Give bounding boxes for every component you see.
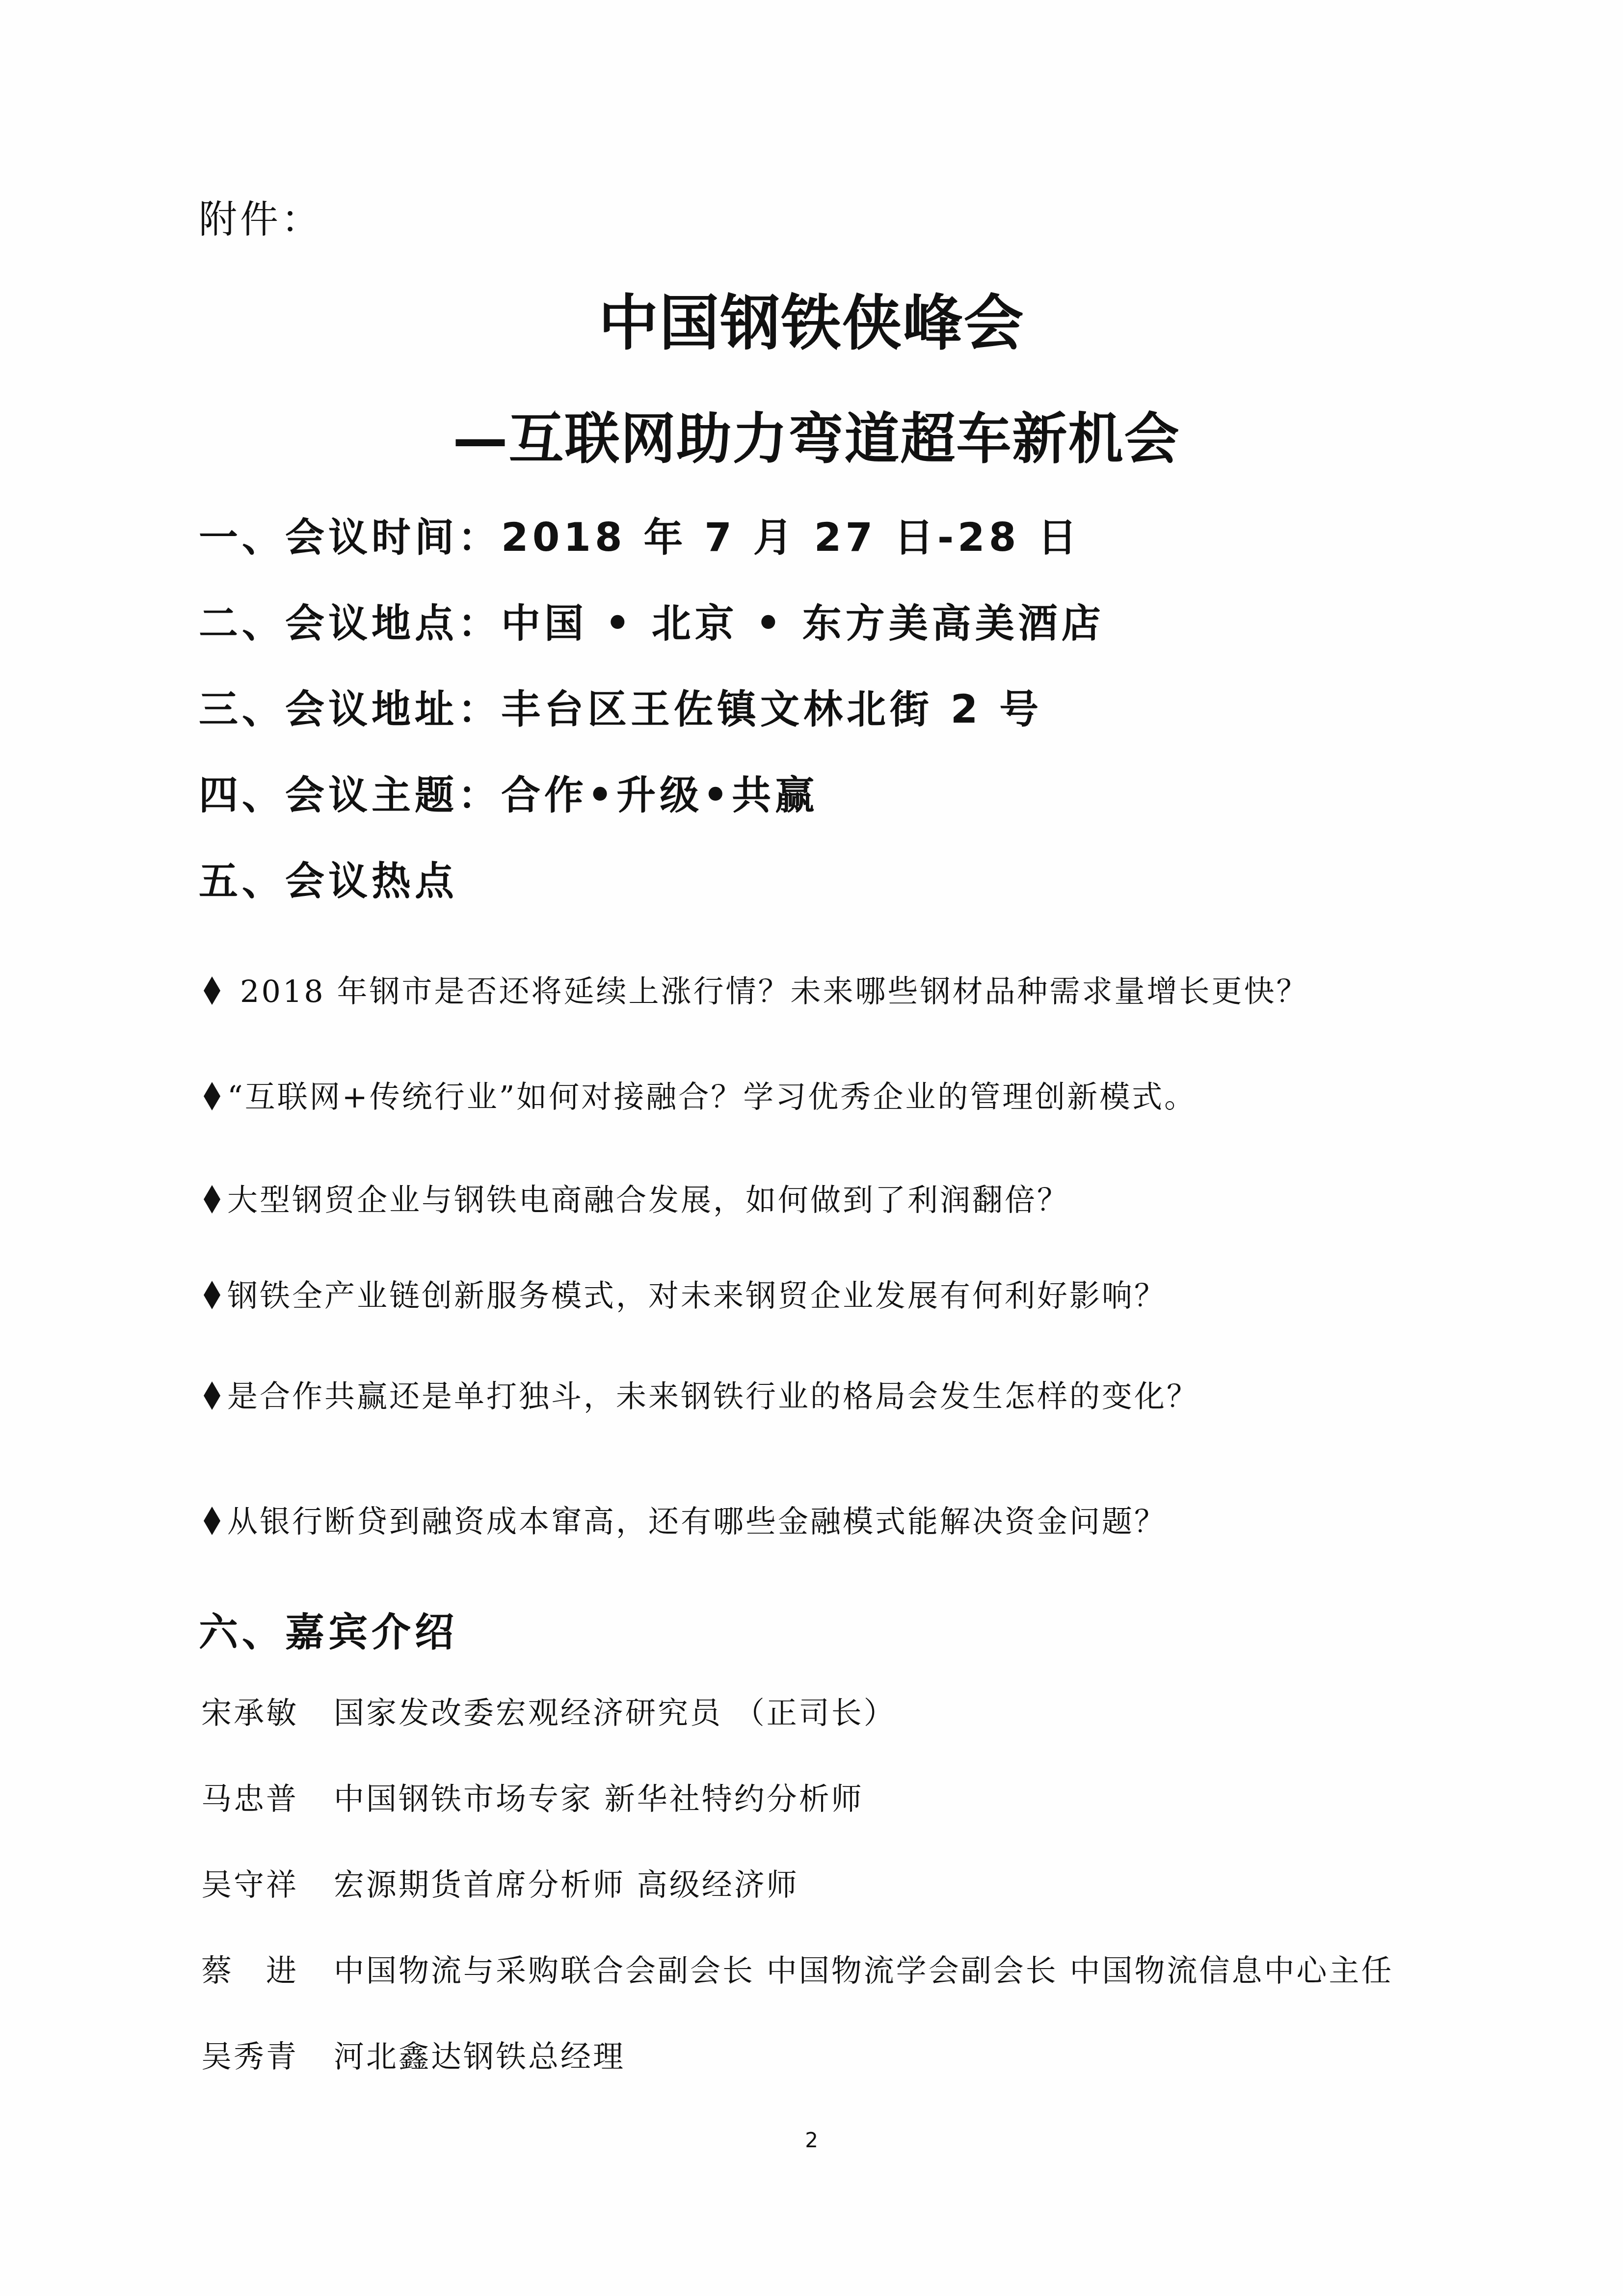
- hotspot-item: “互联网+传统行业”如何对接融合？学习优秀企业的管理创新模式。: [204, 1073, 1197, 1116]
- guest-item: 吴守祥宏源期货首席分析师 高级经济师: [201, 1861, 799, 1904]
- section-value: 丰台区王佐镇文林北街 2 号: [501, 686, 1042, 732]
- page-number: 2: [0, 2128, 1623, 2152]
- diamond-bullet-icon: [204, 1082, 220, 1110]
- hotspot-item: 钢铁全产业链创新服务模式，对未来钢贸企业发展有何利好影响？: [204, 1271, 1167, 1315]
- section-label: 五、会议热点: [199, 858, 458, 904]
- guest-name: 吴守祥: [201, 1861, 334, 1904]
- hotspot-text: 从银行断贷到融资成本窜高，还有哪些金融模式能解决资金问题？: [227, 1504, 1167, 1540]
- document-subtitle: —互联网助力弯道超车新机会: [0, 395, 1623, 474]
- section-value: 2018 年 7 月 27 日-28 日: [501, 514, 1081, 560]
- section-label: 二、会议地点：: [199, 600, 501, 646]
- section-value: 中国 • 北京 • 东方美高美酒店: [501, 600, 1105, 646]
- section-guests-heading: 六、嘉宾介绍: [199, 1600, 458, 1657]
- hotspot-item: 2018 年钢市是否还将延续上涨行情？未来哪些钢材品种需求量增长更快？: [204, 967, 1309, 1011]
- section-label: 三、会议地址：: [199, 686, 501, 732]
- section-value: 合作•升级•共赢: [501, 772, 818, 818]
- guest-title: 宏源期货首席分析师 高级经济师: [334, 1867, 799, 1903]
- section-meeting-time: 一、会议时间：2018 年 7 月 27 日-28 日: [199, 506, 1081, 562]
- section-label: 一、会议时间：: [199, 514, 501, 560]
- guest-title: 中国钢铁市场专家 新华社特约分析师: [334, 1781, 864, 1817]
- guest-name: 蔡 进: [201, 1946, 334, 1990]
- hotspot-text: 2018 年钢市是否还将延续上涨行情？未来哪些钢材品种需求量增长更快？: [240, 973, 1309, 1009]
- guest-title: 中国物流与采购联合会副会长 中国物流学会副会长 中国物流信息中心主任: [334, 1953, 1393, 1989]
- diamond-bullet-icon: [204, 976, 220, 1005]
- section-meeting-address: 三、会议地址：丰台区王佐镇文林北街 2 号: [199, 677, 1042, 734]
- section-meeting-hotspots: 五、会议热点: [199, 849, 458, 906]
- guest-item: 宋承敏国家发改委宏观经济研究员 （正司长）: [201, 1689, 896, 1732]
- document-page: 附件： 中国钢铁侠峰会 —互联网助力弯道超车新机会 一、会议时间：2018 年 …: [0, 0, 1623, 2296]
- hotspot-text: 钢铁全产业链创新服务模式，对未来钢贸企业发展有何利好影响？: [227, 1278, 1167, 1314]
- diamond-bullet-icon: [204, 1381, 220, 1410]
- guest-name: 吴秀青: [201, 2032, 334, 2076]
- diamond-bullet-icon: [204, 1185, 220, 1214]
- guest-item: 马忠普中国钢铁市场专家 新华社特约分析师: [201, 1775, 864, 1818]
- hotspot-item: 是合作共赢还是单打独斗，未来钢铁行业的格局会发生怎样的变化？: [204, 1372, 1199, 1416]
- diamond-bullet-icon: [204, 1281, 220, 1309]
- section-label: 四、会议主题：: [199, 772, 501, 818]
- section-meeting-theme: 四、会议主题：合作•升级•共赢: [199, 763, 818, 820]
- guest-title: 河北鑫达钢铁总经理: [334, 2039, 625, 2075]
- hotspot-text: “互联网+传统行业”如何对接融合？学习优秀企业的管理创新模式。: [227, 1079, 1197, 1115]
- guest-name: 宋承敏: [201, 1689, 334, 1732]
- hotspot-item: 从银行断贷到融资成本窜高，还有哪些金融模式能解决资金问题？: [204, 1497, 1167, 1541]
- diamond-bullet-icon: [204, 1507, 220, 1535]
- guest-item: 蔡 进中国物流与采购联合会副会长 中国物流学会副会长 中国物流信息中心主任: [201, 1946, 1393, 1990]
- guest-item: 吴秀青河北鑫达钢铁总经理: [201, 2032, 625, 2076]
- hotspot-text: 大型钢贸企业与钢铁电商融合发展，如何做到了利润翻倍？: [227, 1182, 1069, 1218]
- guest-title: 国家发改委宏观经济研究员 （正司长）: [334, 1695, 896, 1731]
- attachment-label: 附件：: [199, 189, 322, 244]
- section-meeting-venue: 二、会议地点：中国 • 北京 • 东方美高美酒店: [199, 592, 1105, 648]
- hotspot-item: 大型钢贸企业与钢铁电商融合发展，如何做到了利润翻倍？: [204, 1176, 1069, 1219]
- hotspot-text: 是合作共赢还是单打独斗，未来钢铁行业的格局会发生怎样的变化？: [227, 1378, 1199, 1414]
- guest-name: 马忠普: [201, 1775, 334, 1818]
- document-title: 中国钢铁侠峰会: [0, 275, 1623, 361]
